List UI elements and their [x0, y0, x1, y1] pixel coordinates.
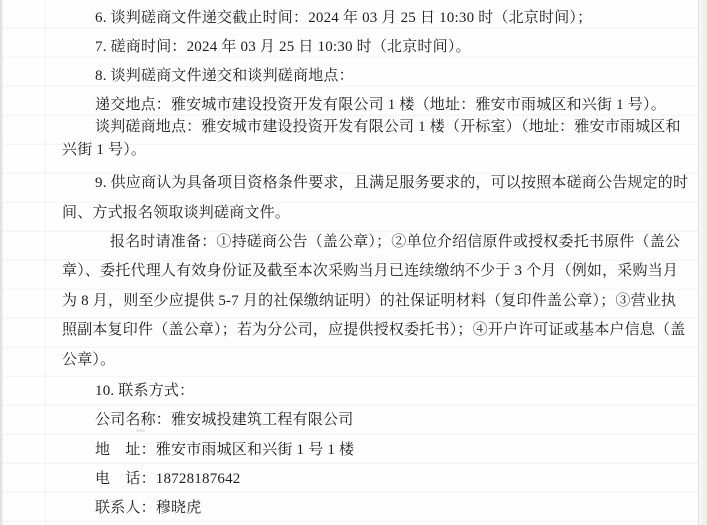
line-registration-materials: 报名时请准备：①持磋商公告（盖公章）；②单位介绍信原件或授权委托书原件（盖公	[110, 232, 680, 253]
line-phone: 电 话：18728187642	[95, 469, 241, 490]
scan-margin-line-artifact	[45, 0, 46, 525]
line-registration-materials-5: 公章）。	[62, 350, 115, 371]
scan-edge-left-artifact	[0, 0, 3, 525]
line-contact-person: 联系人：穆晓虎	[95, 498, 201, 519]
line-submit-location: 递交地点：雅安城市建设投资开发有限公司 1 楼（地址：雅安市雨城区和兴街 1 号…	[95, 95, 666, 116]
line-item6-submit-deadline: 6. 谈判磋商文件递交截止时间：2024 年 03 月 25 日 10:30 时…	[95, 8, 592, 29]
line-item9-wrap: 间、方式报名领取谈判磋商文件。	[62, 203, 290, 224]
line-address: 地 址：雅安市雨城区和兴街 1 号 1 楼	[95, 440, 354, 461]
line-item8-location-heading: 8. 谈判磋商文件递交和谈判磋商地点：	[95, 66, 354, 87]
line-item10-contact-heading: 10. 联系方式：	[95, 381, 194, 402]
line-negotiation-location-wrap: 兴街 1 号）。	[62, 140, 146, 161]
line-company-name: 公司名称：雅安城投建筑工程有限公司	[95, 410, 353, 431]
document-page: 6. 谈判磋商文件递交截止时间：2024 年 03 月 25 日 10:30 时…	[0, 0, 707, 525]
line-negotiation-location: 谈判磋商地点：雅安城市建设投资开发有限公司 1 楼（开标室）（地址：雅安市雨城区…	[95, 117, 681, 138]
line-registration-materials-4: 照副本复印件（盖公章）；若为分公司，应提供授权委托书）；④开户许可证或基本户信息…	[62, 320, 685, 341]
scan-edge-right-artifact	[698, 0, 707, 525]
line-item7-negotiation-time: 7. 磋商时间：2024 年 03 月 25 日 10:30 时（北京时间）。	[95, 37, 471, 58]
line-registration-materials-3: 为 8 月，则至少应提供 5-7 月的社保缴纳证明）的社保证明材料（复印件盖公章…	[62, 291, 676, 312]
line-registration-materials-2: 章）、委托代理人有效身份证及截至本次采购当月已连续缴纳不少于 3 个月（例如，采…	[62, 261, 678, 282]
line-item9-eligibility: 9. 供应商认为具备项目资格条件要求，且满足服务要求的，可以按照本磋商公告规定的…	[95, 173, 688, 194]
